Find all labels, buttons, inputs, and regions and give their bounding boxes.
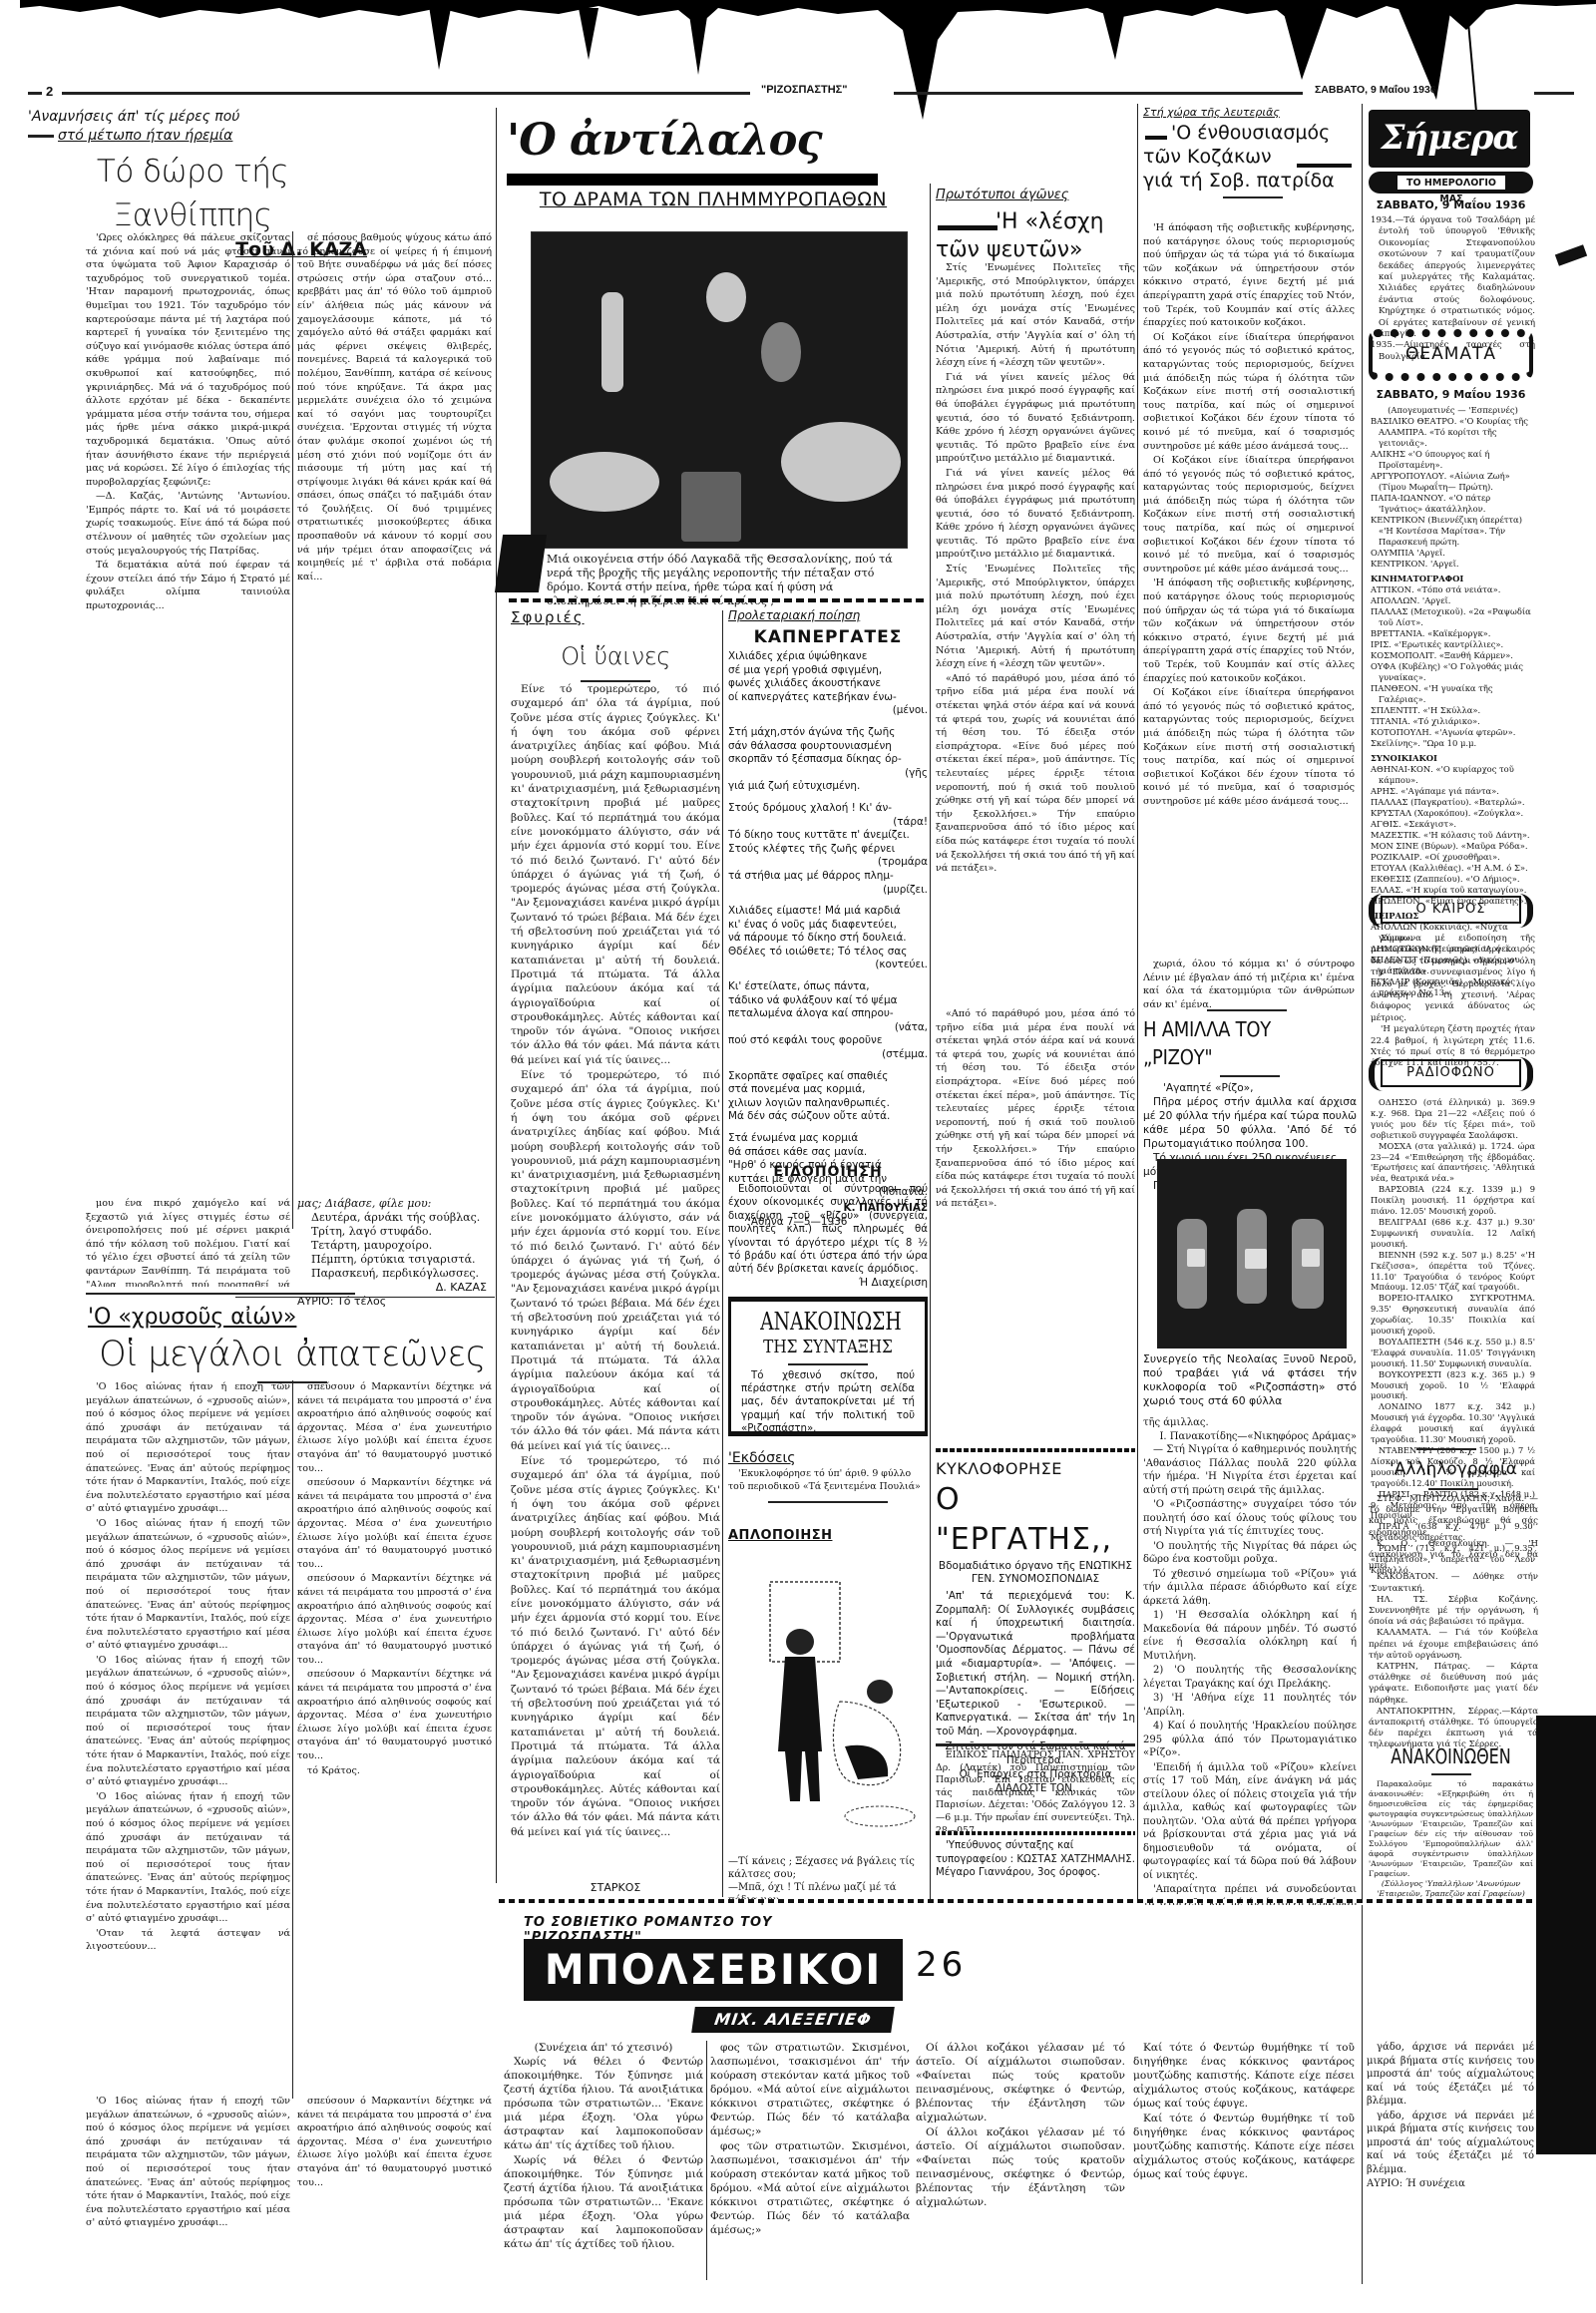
poem-body: Χιλιάδες χέρια ύψώθηκανεσέ μια γερή γροθ… <box>728 650 928 1229</box>
theatres-date: ΣΑΒΒΑΤΟ, 9 Μαΐου 1936 <box>1369 387 1533 403</box>
page-masthead: 2 "ΡΙΖΟΣΠΑΣΤΗΣ" ΣΑΒΒΑΤΟ, 9 Μαΐου 1936 <box>28 84 1574 102</box>
article-closing: μου ένα πικρό χαμόγελο καί νά ξεχαστῶ γι… <box>86 1197 290 1287</box>
serial-banner: ΜΠΟΛΣΕΒΙΚΟΙ <box>524 1939 903 2001</box>
article-cossacks-header: Στή χώρα τῆς λευτεριᾶς 'Ο ένθουσιασμός τ… <box>1143 106 1363 202</box>
kicker: στό μέτωπο ήταν ήρεμία <box>28 126 357 146</box>
article-body-column: σπεύσουν ό Μαρκαντίνι δέχτηκε νά κάνει τ… <box>297 1380 492 2089</box>
article-body-column: 'Ο 16ος αἰώνας ήταν ή εποχή τῶν μεγάλων … <box>86 1380 290 2089</box>
article-body-column: σέ πόσους βαθμούς ψύχους κάτω άπό τό μηδ… <box>297 231 492 1199</box>
calendar-label-bar: ΤΟ ΗΜΕΡΟΛΟΓΙΟ ΜΑΣ <box>1369 172 1533 193</box>
decorative-stamp <box>495 535 547 592</box>
article-body-column: «Από τό παράθυρό μου, μέσα άπό τό τρῆνο … <box>936 1007 1135 1287</box>
article-body-column: Στίς 'Ενωμένες Πολιτεῖες τῆς 'Αμερικῆς, … <box>936 261 1135 1009</box>
headline: Τό δώρο τής Ξανθίππης <box>28 150 357 237</box>
torn-page-edge <box>0 0 1596 120</box>
announced-block: ΑΝΑΚΟΙΝΩΘΕΝ Παρακαλοῦμε τό παρακάτω άνακ… <box>1369 1743 1533 1899</box>
weather-banner: Ο ΚΑΙΡΟΣ <box>1369 894 1533 928</box>
cartoon-title: ΑΠΛΟΠΟΙΗΣΗ <box>728 1526 928 1546</box>
article-body-column: Είνε τό τρομερώτερο, τό πιό συχαμερό άπ'… <box>511 682 720 1869</box>
article-body-column: 'Ωρες ολόκληρες θά πάλευε σκίζοντας τά χ… <box>86 231 290 1199</box>
section-title: 'Εκδόσεις <box>728 1448 928 1468</box>
radio-banner: ΡΑΔΙΟΦΩΝΟ <box>1369 1057 1533 1091</box>
imprint: 'Υπεύθυνος σύνταξης καί τυπογραφείου : Κ… <box>936 1839 1135 1880</box>
article-hyenas-header: Σφυριές Οἱ ὕαινες <box>511 606 720 686</box>
article-body-column: 'Η άπόφαση τῆς σοβιετικῆς κυβέρνησης, πο… <box>1143 221 1355 960</box>
pediatrician-ad: ΕΙΔΙΚΟΣ ΠΑΙΔΙΑΤΡΟΣ ΠΑΝ. ΧΡΗΣΤΟΥ Δρ. (Λαν… <box>936 1749 1135 1837</box>
notice-title: ΕΙΔΟΠΟΙΗΣΗ <box>728 1161 928 1183</box>
correspondence-block: 'Αλληλογραφία ΣΤΕΦ. ΜΠΡΙΤΖΟΛΑΚΗΝ. Χανιά.… <box>1369 1454 1538 1751</box>
section-title: ΑΝΑΚΟΙΝΩΘΕΝ <box>1386 1743 1517 1769</box>
kicker: Προλεταριακή ποίηση <box>728 608 928 622</box>
theatres-banner: ΘΕΑΜΑΤΑ <box>1369 329 1533 381</box>
headline: Η ΑΜΙΛΛΑ ΤΟΥ „ΡΙΖΟΥ" <box>1143 1015 1336 1071</box>
cartoon-illustration <box>730 1552 928 1851</box>
installment-number: 26 <box>916 1945 967 1985</box>
headline: 'Ο ένθουσιασμός <box>1143 121 1363 145</box>
poem-kapnergates: Προλεταριακή ποίηση ΚΑΠΝΕΡΓΑΤΕΣ <box>728 608 928 652</box>
flood-victims-photo <box>531 231 908 549</box>
headline: Οἱ ὕαινες <box>511 636 720 676</box>
poem-title: ΚΑΠΝΕΡΓΑΤΕΣ <box>728 622 928 652</box>
kicker: Στή χώρα τῆς λευτεριᾶς <box>1143 106 1363 119</box>
editorial-announcement-box: ΑΝΑΚΟΙΝΩΣΗ ΤΗΣ ΣΥΝΤΑΞΗΣ Τό χθεσινό σκίτσ… <box>728 1297 928 1436</box>
serial-column: Οί άλλοι κοζάκοι γέλασαν μέ τό άστεῖο. Ο… <box>916 2041 1125 2280</box>
publications-block: 'Εκδόσεις 'Εκυκλοφόρησε τό ύπ' άριθ. 9 φ… <box>728 1448 928 1511</box>
serial-column: Καί τότε ό Φεντώρ θυμήθηκε τί τοῦ διηγήθ… <box>1133 2041 1355 2280</box>
announcement-title: ΑΝΑΚΟΙΝΩΣΗ <box>760 1308 896 1336</box>
headline-flood: ΤΟ ΔΡΑΜΑ ΤΩΝ ΠΛΗΜΜΥΡΟΠΑΘΩΝ <box>499 187 928 212</box>
today-banner: Σήμερα <box>1369 110 1530 168</box>
kicker: Πρωτότυποι άγῶνες <box>936 188 1135 202</box>
torn-page-edge <box>1536 1716 1596 2154</box>
paper-name: "ΡΙΖΟΣΠΑΣΤΗΣ" <box>761 84 847 96</box>
calendar-date: ΣΑΒΒΑΤΟ, 9 Μαΐου 1936 <box>1369 197 1533 213</box>
photo-caption: Συνεργείο τῆς Νεολαίας Ξυνοῦ Νεροῦ, πού … <box>1143 1352 1357 1408</box>
banner-rule <box>507 174 878 186</box>
headline: Οἱ μεγάλοι ἀπατεῶνες <box>88 1332 497 1377</box>
section-title: 'Αλληλογραφία <box>1369 1454 1538 1484</box>
serial-author-banner: ΜΙΧ. ΑΛΕΞΕΓΙΕΦ <box>691 2007 895 2033</box>
serial-column: γάδο, άρχισε νά περνάει μέ μικρά βήματα … <box>1367 2041 1534 2280</box>
signature: ΣΤΑΡΚΟΣ <box>511 1881 720 1894</box>
kicker: Σφυριές <box>511 606 720 628</box>
notice-block: ΕΙΔΟΠΟΙΗΣΗ Ειδοποιοῦνται οί σύντροφοι πο… <box>728 1161 928 1289</box>
kicker: 'Αναμνήσεις άπ' τίς μέρες πού <box>28 108 357 126</box>
article-body-column: τῆς άμιλλας. Ι. Πανακοτίδης—«Νικηφόρος Δ… <box>1143 1416 1357 1905</box>
masthead-date: ΣΑΒΒΑΤΟ, 9 Μαΐου 1936 <box>1315 84 1436 96</box>
weather-report: Σύμφωνα μέ ειδοποίηση τῆς μετεωρολογικῆς… <box>1371 934 1535 1070</box>
section-banner-antilalos: 'Ο ἀντίλαλος τῆς ζωῆς <box>507 112 876 174</box>
article-golden-age-header: 'Ο «χρυσοῦς αἰών» Οἱ μεγάλοι ἀπατεῶνες <box>88 1304 497 1387</box>
headline: Ο "ΕΡΓΑΤΗΣ,, <box>936 1480 1135 1560</box>
page-number: 2 <box>46 84 53 99</box>
kicker: ΚΥΚΛΟΦΟΡΗΣΕ <box>936 1458 1135 1480</box>
signature: Ή Διαχείριση <box>728 1277 928 1289</box>
serial-column: (Συνέχεια άπ' τό χτεσινό) Χωρίς νά θέλει… <box>504 2041 703 2280</box>
cartoon-block: ΑΠΛΟΠΟΙΗΣΗ <box>728 1526 928 1546</box>
headline: 'Η «λέσχη τῶν ψευτῶν» <box>936 208 1135 264</box>
newsboys-photo <box>1157 1159 1347 1349</box>
kicker: 'Ο «χρυσοῦς αἰών» <box>88 1304 497 1332</box>
serial-column: φος τῶν στρατιωτῶν. Σκισμένοι, λασπωμένο… <box>710 2041 910 2280</box>
